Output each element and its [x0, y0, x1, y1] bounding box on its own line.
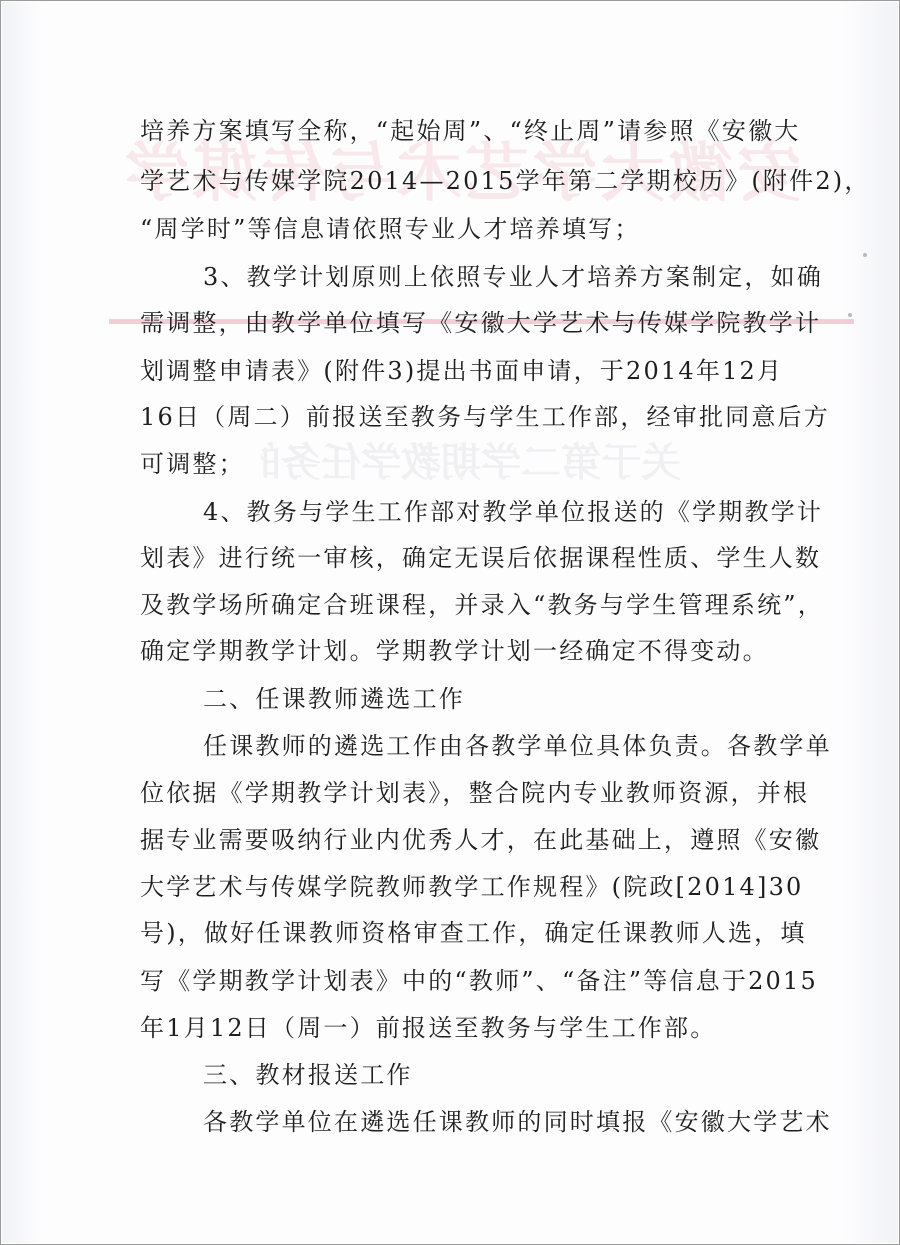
text-line: 4、教务与学生工作部对教学单位报送的《学期教学计 — [203, 497, 783, 527]
text-line: 3、教学计划原则上依照专业人才培养方案制定，如确 — [203, 262, 783, 292]
text-line: 划表》进行统一审核，确定无误后依据课程性质、学生人数 — [140, 543, 780, 573]
text-line: 培养方案填写全称，“起始周”、“终止周”请参照《安徽大 — [140, 116, 780, 146]
scan-speck — [863, 253, 867, 257]
text-line: 任课教师的遴选工作由各教学单位具体负责。各教学单 — [203, 731, 783, 761]
text-line: 三、教材报送工作 — [203, 1060, 783, 1090]
scan-speck — [848, 313, 852, 317]
text-line: 写《学期教学计划表》中的“教师”、“备注”等信息于2015 — [140, 966, 780, 996]
text-line: 可调整； — [140, 449, 780, 479]
text-line: 位依据《学期教学计划表》，整合院内专业教师资源，并根 — [140, 778, 780, 808]
text-line: 年1月12日（周一）前报送至教务与学生工作部。 — [140, 1013, 780, 1043]
text-line: 划调整申请表》(附件3)提出书面申请，于2014年12月 — [140, 356, 780, 386]
text-line: 据专业需要吸纳行业内优秀人才，在此基础上，遵照《安徽 — [140, 825, 780, 855]
text-line: 大学艺术与传媒学院教师教学工作规程》(院政[2014]30 — [140, 872, 780, 902]
text-line: 需调整，由教学单位填写《安徽大学艺术与传媒学院教学计 — [140, 308, 780, 338]
text-line: 学艺术与传媒学院2014—2015学年第二学期校历》(附件2)， — [140, 166, 780, 196]
text-line: 二、任课教师遴选工作 — [203, 684, 783, 714]
text-line: “周学时”等信息请依照专业人才培养填写； — [140, 214, 780, 244]
text-line: 号)，做好任课教师资格审查工作，确定任课教师人选，填 — [140, 918, 780, 948]
text-line: 确定学期教学计划。学期教学计划一经确定不得变动。 — [140, 636, 780, 666]
text-line: 各教学单位在遴选任课教师的同时填报《安徽大学艺术 — [203, 1107, 783, 1137]
text-line: 16日（周二）前报送至教务与学生工作部，经审批同意后方 — [140, 402, 780, 432]
text-line: 及教学场所确定合班课程，并录入“教务与学生管理系统”， — [140, 590, 780, 620]
